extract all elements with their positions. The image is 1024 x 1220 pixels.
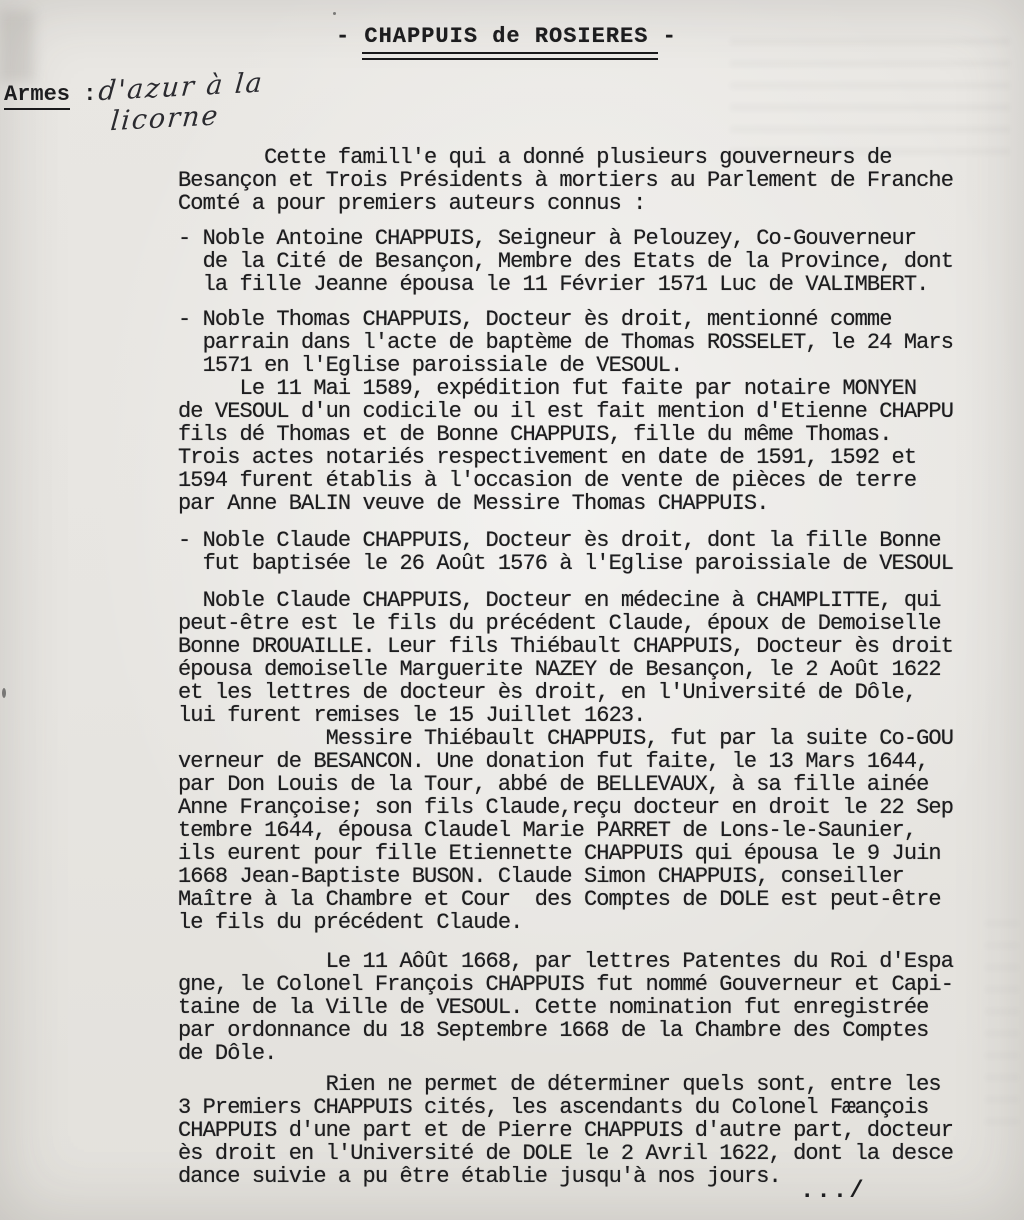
text-line: CHAPPUIS d'une part et de Pierre CHAPPUI… bbox=[178, 1119, 1024, 1142]
armes-label: Armes bbox=[4, 82, 70, 110]
text-line: Maître à la Chambre et Cour des Comptes … bbox=[178, 888, 1024, 911]
margin-note-armes: Armes : bbox=[4, 82, 110, 107]
text-line: peut-être est le fils du précédent Claud… bbox=[178, 612, 1024, 635]
text-line: de Dôle. bbox=[178, 1042, 1024, 1065]
text-line: gne, le Colonel François CHAPPUIS fut no… bbox=[178, 973, 1024, 996]
text-line: par Don Louis de la Tour, abbé de BELLEV… bbox=[178, 773, 1024, 796]
paragraph-block: Rien ne permet de déterminer quels sont,… bbox=[178, 1073, 1024, 1188]
text-line: Besançon et Trois Présidents à mortiers … bbox=[178, 169, 1024, 192]
text-line: la fille Jeanne épousa le 11 Février 157… bbox=[178, 273, 1024, 296]
typewritten-text-body: Cette famill'e qui a donné plusieurs gou… bbox=[178, 146, 1024, 1188]
text-line: verneur de BESANCON. Une donation fut fa… bbox=[178, 750, 1024, 773]
text-line: Anne Françoise; son fils Claude,reçu doc… bbox=[178, 796, 1024, 819]
paragraph-block: Noble Claude CHAPPUIS, Docteur en médeci… bbox=[178, 589, 1024, 727]
text-line: fut baptisée le 26 Août 1576 à l'Eglise … bbox=[178, 552, 1024, 575]
paragraph-block: Le 11 Aôût 1668, par lettres Patentes du… bbox=[178, 950, 1024, 1065]
text-line: 1571 en l'Eglise paroissiale de VESOUL. bbox=[178, 354, 1024, 377]
text-line: Trois actes notariés respectivement en d… bbox=[178, 446, 1024, 469]
text-line: par ordonnance du 18 Septembre 1668 de l… bbox=[178, 1019, 1024, 1042]
bullet-block: - Noble Thomas CHAPPUIS, Docteur ès droi… bbox=[178, 308, 1024, 515]
paragraph-block: Messire Thiébault CHAPPUIS, fut par la s… bbox=[178, 727, 1024, 934]
text-line: fils dé Thomas et de Bonne CHAPPUIS, fil… bbox=[178, 423, 1024, 446]
text-line: Noble Claude CHAPPUIS, Docteur en médeci… bbox=[178, 589, 1024, 612]
text-line: lui furent remises le 15 Juillet 1623. bbox=[178, 704, 1024, 727]
bullet-block: - Noble Antoine CHAPPUIS, Seigneur à Pel… bbox=[178, 227, 1024, 296]
text-line: épousa demoiselle Marguerite NAZEY de Be… bbox=[178, 658, 1024, 681]
text-line: parrain dans l'acte de baptème de Thomas… bbox=[178, 331, 1024, 354]
handwritten-blazon-line1: d'azur à la bbox=[97, 67, 265, 107]
text-line: et les lettres de docteur ès droit, en l… bbox=[178, 681, 1024, 704]
text-line: ils eurent pour fille Etiennette CHAPPUI… bbox=[178, 842, 1024, 865]
text-line: par Anne BALIN veuve de Messire Thomas C… bbox=[178, 492, 1024, 515]
text-line: 1668 Jean-Baptiste BUSON. Claude Simon C… bbox=[178, 865, 1024, 888]
text-line: le fils du précédent Claude. bbox=[178, 911, 1024, 934]
scan-speck bbox=[333, 12, 336, 15]
text-line: Le 11 Aôût 1668, par lettres Patentes du… bbox=[178, 950, 1024, 973]
text-line: - Noble Antoine CHAPPUIS, Seigneur à Pel… bbox=[178, 227, 1024, 250]
text-line: Comté a pour premiers auteurs connus : bbox=[178, 192, 1024, 215]
text-line: Le 11 Mai 1589, expédition fut faite par… bbox=[178, 377, 1024, 400]
text-line: de la Cité de Besançon, Membre des Etats… bbox=[178, 250, 1024, 273]
continuation-mark: .../ bbox=[800, 1178, 866, 1205]
handwritten-blazon-line2: licorne bbox=[109, 100, 221, 137]
title-underline bbox=[362, 52, 658, 60]
bullet-block: - Noble Claude CHAPPUIS, Docteur ès droi… bbox=[178, 529, 1024, 575]
text-line: dance suivie a pu être établie jusqu'à n… bbox=[178, 1165, 1024, 1188]
scan-speck bbox=[2, 688, 6, 698]
text-line: 3 Premiers CHAPPUIS cités, les ascendant… bbox=[178, 1096, 1024, 1119]
text-line: de VESOUL d'un codicile ou il est fait m… bbox=[178, 400, 1024, 423]
scan-edge-smudge bbox=[0, 10, 34, 82]
text-line: Rien ne permet de déterminer quels sont,… bbox=[178, 1073, 1024, 1096]
text-line: tembre 1644, épousa Claudel Marie PARRET… bbox=[178, 819, 1024, 842]
text-line: Messire Thiébault CHAPPUIS, fut par la s… bbox=[178, 727, 1024, 750]
text-line: Bonne DROUAILLE. Leur fils Thiébault CHA… bbox=[178, 635, 1024, 658]
text-line: Cette famill'e qui a donné plusieurs gou… bbox=[178, 146, 1024, 169]
text-line: - Noble Claude CHAPPUIS, Docteur ès droi… bbox=[178, 529, 1024, 552]
text-line: - Noble Thomas CHAPPUIS, Docteur ès droi… bbox=[178, 308, 1024, 331]
text-line: ès droit en l'Université de DOLE le 2 Av… bbox=[178, 1142, 1024, 1165]
paragraph-block: Cette famill'e qui a donné plusieurs gou… bbox=[178, 146, 1024, 215]
text-line: taine de la Ville de VESOUL. Cette nomin… bbox=[178, 996, 1024, 1019]
page-title: - CHAPPUIS de ROSIERES - bbox=[336, 24, 677, 49]
text-line: 1594 furent établis à l'occasion de vent… bbox=[178, 469, 1024, 492]
